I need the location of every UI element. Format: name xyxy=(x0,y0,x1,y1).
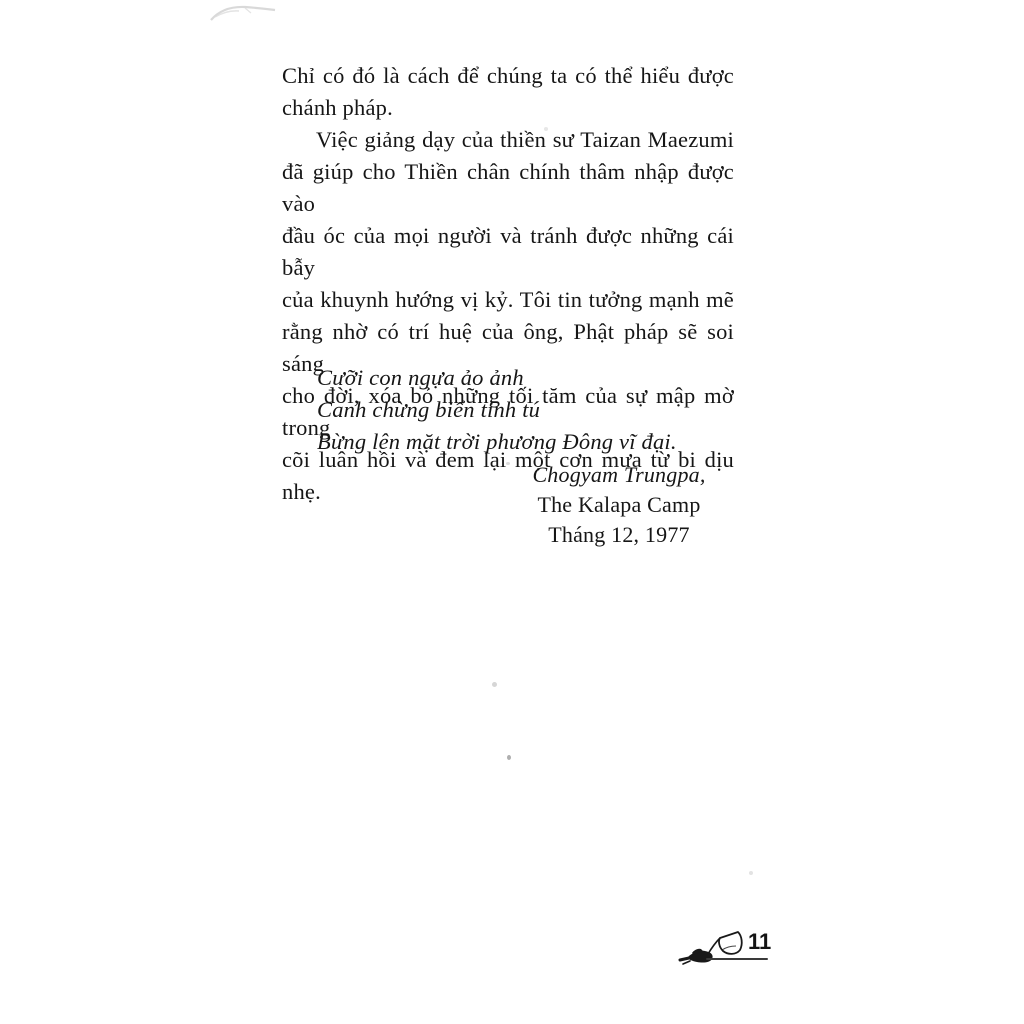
verse-line: Canh chừng biển tinh tú xyxy=(317,394,737,426)
page-footer: 11 xyxy=(678,922,771,968)
paragraph-line: của khuynh hướng vị kỷ. Tôi tin tưởng mạ… xyxy=(282,284,734,316)
footer-rule xyxy=(706,958,768,960)
paragraph-line: Chỉ có đó là cách để chúng ta có thể hiể… xyxy=(282,60,734,92)
paragraph-line: chánh pháp. xyxy=(282,92,734,124)
scan-speck xyxy=(492,682,497,687)
scan-smudge-icon xyxy=(205,0,285,30)
verse-line: Cưỡi con ngựa ảo ảnh xyxy=(317,362,737,394)
attribution-block: Chogyam Trungpa, The Kalapa Camp Tháng 1… xyxy=(479,460,759,550)
attribution-place: The Kalapa Camp xyxy=(479,490,759,520)
chapter-end-ornament-icon xyxy=(678,928,746,968)
attribution-date: Tháng 12, 1977 xyxy=(479,520,759,550)
paragraph-line: đầu óc của mọi người và tránh được những… xyxy=(282,220,734,284)
page-number: 11 xyxy=(748,929,771,955)
book-page: Chỉ có đó là cách để chúng ta có thể hiể… xyxy=(0,0,1024,1024)
paragraph-line: đã giúp cho Thiền chân chính thâm nhập đ… xyxy=(282,156,734,220)
scan-speck xyxy=(749,871,753,875)
paragraph-line: Việc giảng dạy của thiền sư Taizan Maezu… xyxy=(282,124,734,156)
scan-speck xyxy=(507,755,511,760)
scan-speck xyxy=(544,127,548,131)
verse-block: Cưỡi con ngựa ảo ảnh Canh chừng biển tin… xyxy=(317,362,737,458)
attribution-author: Chogyam Trungpa, xyxy=(479,460,759,490)
verse-line: Bừng lên mặt trời phương Đông vĩ đại. xyxy=(317,426,737,458)
scan-speck xyxy=(506,462,510,465)
